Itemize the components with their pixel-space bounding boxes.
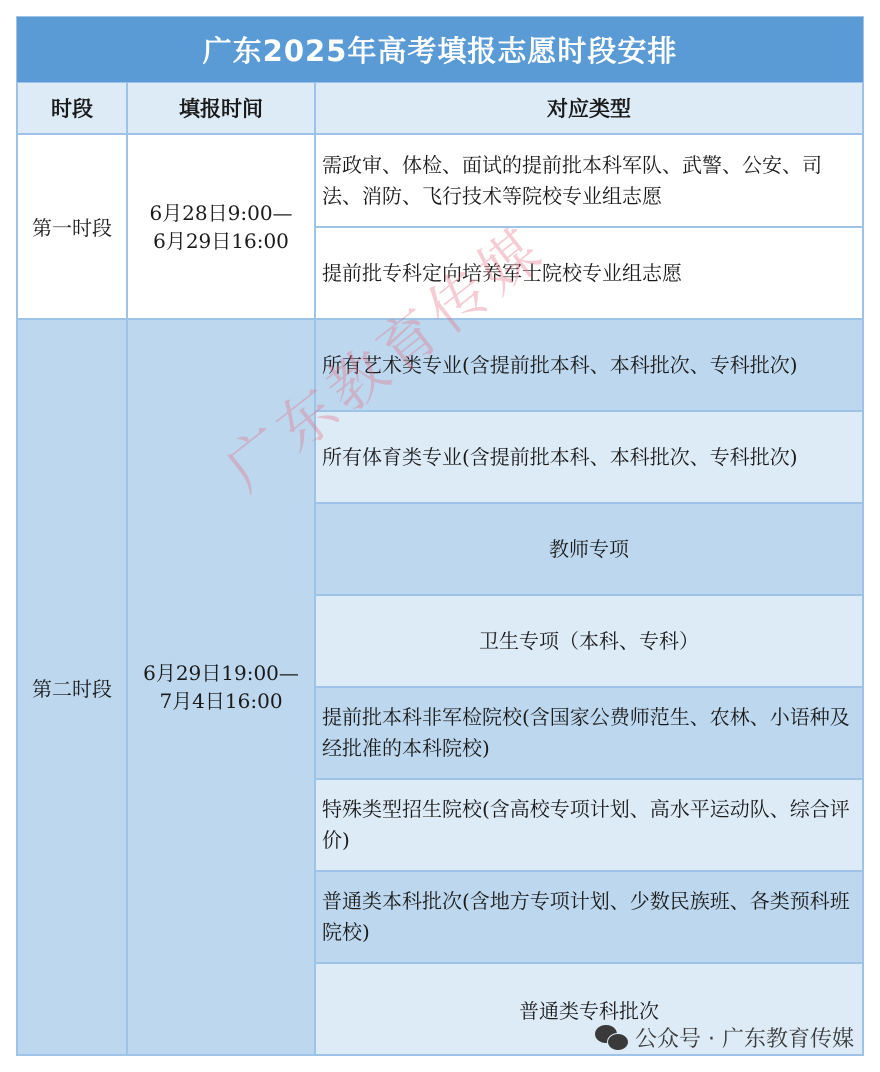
type-item: 提前批本科非军检院校(含国家公费师范生、农林、小语种及经批准的本科院校): [316, 688, 864, 780]
type-item: 卫生专项（本科、专科）: [316, 596, 864, 688]
time-end: 6月29日16:00: [153, 227, 289, 255]
header-time: 填报时间: [128, 83, 316, 135]
time-start: 6月28日9:00—: [149, 199, 292, 227]
header-type: 对应类型: [316, 83, 864, 135]
period-time: 6月28日9:00— 6月29日16:00: [128, 135, 316, 320]
footer-source: 公众号 · 广东教育传媒: [595, 1022, 854, 1053]
type-item: 提前批专科定向培养军士院校专业组志愿: [316, 228, 864, 320]
type-item: 特殊类型招生院校(含高校专项计划、高水平运动队、综合评价): [316, 780, 864, 872]
period-row-2: 第二时段 6月29日19:00— 7月4日16:00 所有艺术类专业(含提前批本…: [16, 320, 864, 1056]
footer-text: 公众号 · 广东教育传媒: [635, 1022, 854, 1053]
header-period: 时段: [16, 83, 128, 135]
type-list: 所有艺术类专业(含提前批本科、本科批次、专科批次) 所有体育类专业(含提前批本科…: [316, 320, 864, 1056]
time-start: 6月29日19:00—: [143, 659, 299, 687]
time-end: 7月4日16:00: [159, 687, 282, 715]
type-item: 需政审、体检、面试的提前批本科军队、武警、公安、司法、消防、飞行技术等院校专业组…: [316, 135, 864, 228]
type-item: 教师专项: [316, 504, 864, 596]
period-label: 第一时段: [16, 135, 128, 320]
type-list: 需政审、体检、面试的提前批本科军队、武警、公安、司法、消防、飞行技术等院校专业组…: [316, 135, 864, 320]
type-item: 普通类本科批次(含地方专项计划、少数民族班、各类预科班院校): [316, 872, 864, 964]
type-item: 所有艺术类专业(含提前批本科、本科批次、专科批次): [316, 320, 864, 412]
period-label: 第二时段: [16, 320, 128, 1056]
wechat-icon: [595, 1025, 629, 1051]
schedule-table: 广东2025年高考填报志愿时段安排 时段 填报时间 对应类型 第一时段 6月28…: [16, 16, 864, 1056]
period-time: 6月29日19:00— 7月4日16:00: [128, 320, 316, 1056]
table-title: 广东2025年高考填报志愿时段安排: [16, 16, 864, 83]
table-header-row: 时段 填报时间 对应类型: [16, 83, 864, 135]
type-item: 所有体育类专业(含提前批本科、本科批次、专科批次): [316, 412, 864, 504]
period-row-1: 第一时段 6月28日9:00— 6月29日16:00 需政审、体检、面试的提前批…: [16, 135, 864, 320]
